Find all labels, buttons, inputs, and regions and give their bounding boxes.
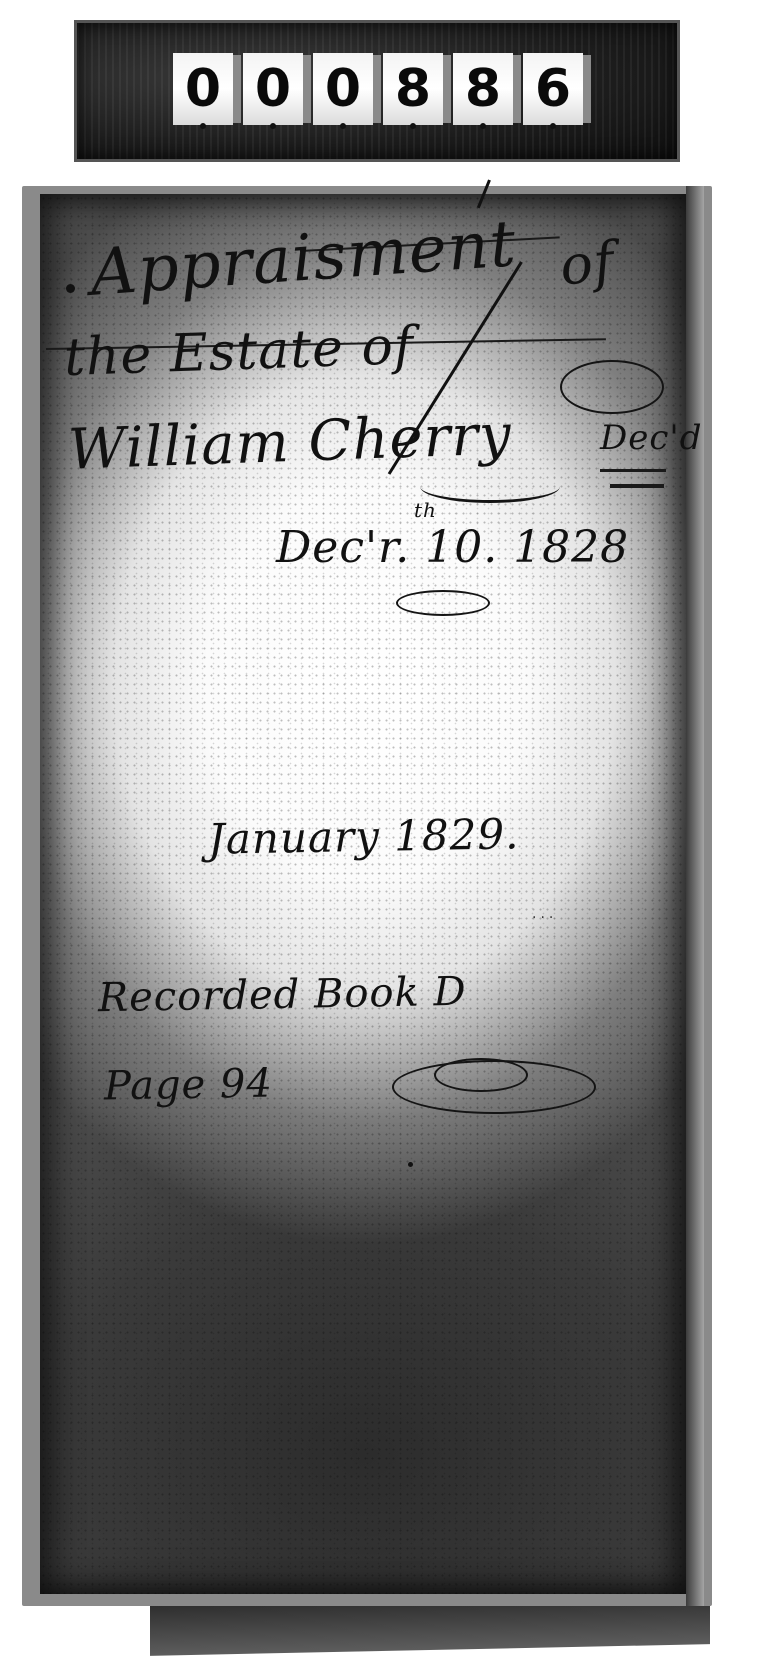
counter-digit: 0 xyxy=(243,53,303,125)
frame-counter: 0 0 0 8 8 6 xyxy=(74,20,680,162)
title-line-2: the Estate of xyxy=(63,316,415,388)
recorded-book: Recorded Book D xyxy=(98,969,467,1021)
ink-blot xyxy=(408,1162,413,1167)
ink-dots: ... xyxy=(532,906,557,922)
counter-digits: 0 0 0 8 8 6 xyxy=(173,53,583,125)
deceased-abbrev: Dec'd xyxy=(600,418,703,458)
counter-digit: 6 xyxy=(523,53,583,125)
recorded-page: Page 94 xyxy=(104,1061,274,1110)
folder-edge xyxy=(686,186,704,1606)
signature-flourish xyxy=(434,1058,528,1092)
dec-underline xyxy=(600,469,666,472)
counter-digit: 0 xyxy=(313,53,373,125)
filed-date: January 1829. xyxy=(208,809,520,863)
date-superscript: th xyxy=(414,498,437,522)
counter-digit: 8 xyxy=(453,53,513,125)
flourish-swash xyxy=(420,470,560,503)
appraisal-date: Dec'r. 10. 1828 xyxy=(276,522,629,573)
title-line-1-suffix: of xyxy=(557,229,618,297)
flourish-swash xyxy=(560,360,664,414)
dec-underline xyxy=(610,484,664,488)
counter-digit: 8 xyxy=(383,53,443,125)
flourish-swash xyxy=(396,590,490,616)
ink-blot xyxy=(66,284,75,293)
counter-digit: 0 xyxy=(173,53,233,125)
